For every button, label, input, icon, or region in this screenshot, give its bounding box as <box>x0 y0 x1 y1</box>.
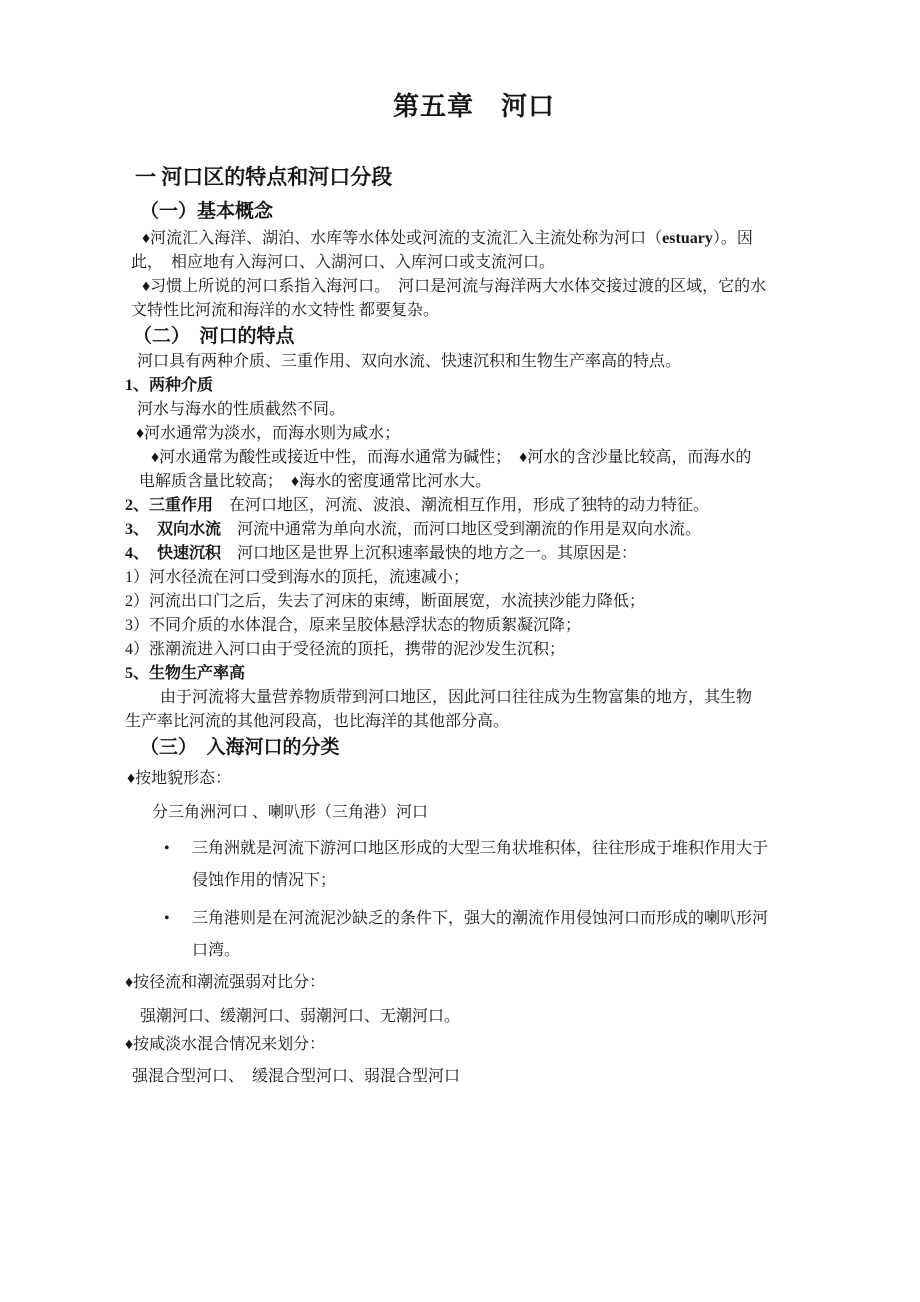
para-water-difference: 河水与海水的性质截然不同。 <box>137 398 808 422</box>
list-item-estuarine-bay: •三角港则是在河流泥沙缺乏的条件下，强大的潮流作用侵蚀河口而形成的喇叭形河 口湾… <box>192 903 808 967</box>
term-triple-action-text: 在河口地区，河流、波浪、潮流相互作用，形成了独特的动力特征。 <box>213 497 709 514</box>
para-estuary-definition: ♦河流汇入海洋、湖泊、水库等水体处或河流的支流汇入主流处称为河口（estuary… <box>131 227 808 275</box>
estuary-term: estuary <box>662 230 713 247</box>
term-rapid-deposition: 4、 快速沉积 河口地区是世界上沉积速率最快的地方之一。其原因是： <box>125 542 808 566</box>
term-bidirectional-flow: 3、 双向水流 河流中通常为单向水流，而河口地区受到潮流的作用是双向水流。 <box>125 518 808 542</box>
para-by-runoff-tide: ♦按径流和潮流强弱对比分： <box>125 971 808 995</box>
term-two-media-label: 1、两种介质 <box>125 377 213 394</box>
term-bidirectional-flow-text: 河流中通常为单向水流，而河口地区受到潮流的作用是双向水流。 <box>221 521 701 538</box>
term-triple-action: 2、三重作用 在河口地区，河流、波浪、潮流相互作用，形成了独特的动力特征。 <box>125 494 808 518</box>
term-bio-productivity: 5、生物生产率高 <box>125 662 808 686</box>
document-page: 第五章 河口 一 河口区的特点和河口分段 （一）基本概念 ♦河流汇入海洋、湖泊、… <box>0 0 920 1302</box>
para-tide-strength-types: 强潮河口、缓潮河口、弱潮河口、无潮河口。 <box>140 1005 808 1029</box>
subsection-heading-classification: （三） 入海河口的分类 <box>140 734 808 761</box>
reason-item-4: 4）涨潮流进入河口由于受径流的顶托，携带的泥沙发生沉积； <box>125 638 808 662</box>
para-by-mixing: ♦按咸淡水混合情况来划分： <box>125 1033 808 1057</box>
para-delta-types: 分三角洲河口 、喇叭形（三角港）河口 <box>152 801 808 825</box>
list-item-delta-text: 三角洲就是河流下游河口地区形成的大型三角状堆积体，往往形成于堆积作用大于 侵蚀作… <box>192 840 768 889</box>
para-estuary-definition-lead: ♦河流汇入海洋、湖泊、水库等水体处或河流的支流汇入主流处称为河口（ <box>142 230 662 247</box>
para-characteristics-intro: 河口具有两种介质、三重作用、双向水流、快速沉积和生物生产率高的特点。 <box>137 350 808 374</box>
bullet-list: •三角洲就是河流下游河口地区形成的大型三角状堆积体，往往形成于堆积作用大于 侵蚀… <box>124 833 808 967</box>
term-bidirectional-flow-label: 3、 双向水流 <box>125 521 221 538</box>
subsection-heading-basic-concepts: （一）基本概念 <box>140 198 808 225</box>
term-rapid-deposition-text: 河口地区是世界上沉积速率最快的地方之一。其原因是： <box>221 545 637 562</box>
term-triple-action-label: 2、三重作用 <box>125 497 213 514</box>
para-acidity-density: ♦河水通常为酸性或接近中性，而海水通常为碱性； ♦河水的含沙量比较高，而海水的 … <box>139 446 808 494</box>
list-item-delta: •三角洲就是河流下游河口地区形成的大型三角状堆积体，往往形成于堆积作用大于 侵蚀… <box>192 833 808 897</box>
para-mixing-types: 强混合型河口、 缓混合型河口、弱混合型河口 <box>132 1065 808 1089</box>
reason-item-2: 2）河流出口门之后，失去了河床的束缚，断面展宽，水流挟沙能力降低； <box>125 590 808 614</box>
para-estuary-usage: ♦习惯上所说的河口系指入海河口。 河口是河流与海洋两大水体交接过渡的区域，它的水… <box>131 275 808 323</box>
term-bio-productivity-label: 5、生物生产率高 <box>125 665 245 682</box>
subsection-heading-characteristics: （二） 河口的特点 <box>133 323 808 350</box>
para-fresh-vs-salt: ♦河水通常为淡水，而海水则为咸水； <box>136 422 808 446</box>
bullet-icon: • <box>164 903 170 935</box>
list-item-estuarine-bay-text: 三角港则是在河流泥沙缺乏的条件下，强大的潮流作用侵蚀河口而形成的喇叭形河 口湾。 <box>192 910 768 959</box>
main-section-heading: 一 河口区的特点和河口分段 <box>135 162 808 192</box>
term-two-media: 1、两种介质 <box>125 374 808 398</box>
para-by-landform: ♦按地貌形态： <box>127 767 808 791</box>
term-rapid-deposition-label: 4、 快速沉积 <box>125 545 221 562</box>
para-bio-productivity: 由于河流将大量营养物质带到河口地区，因此河口往往成为生物富集的地方，其生物 生产… <box>125 686 808 734</box>
reason-item-3: 3）不同介质的水体混合，原来呈胶体悬浮状态的物质絮凝沉降； <box>125 614 808 638</box>
chapter-title: 第五章 河口 <box>124 90 808 124</box>
bullet-icon: • <box>164 833 170 865</box>
reason-item-1: 1）河水径流在河口受到海水的顶托，流速减小； <box>125 566 808 590</box>
